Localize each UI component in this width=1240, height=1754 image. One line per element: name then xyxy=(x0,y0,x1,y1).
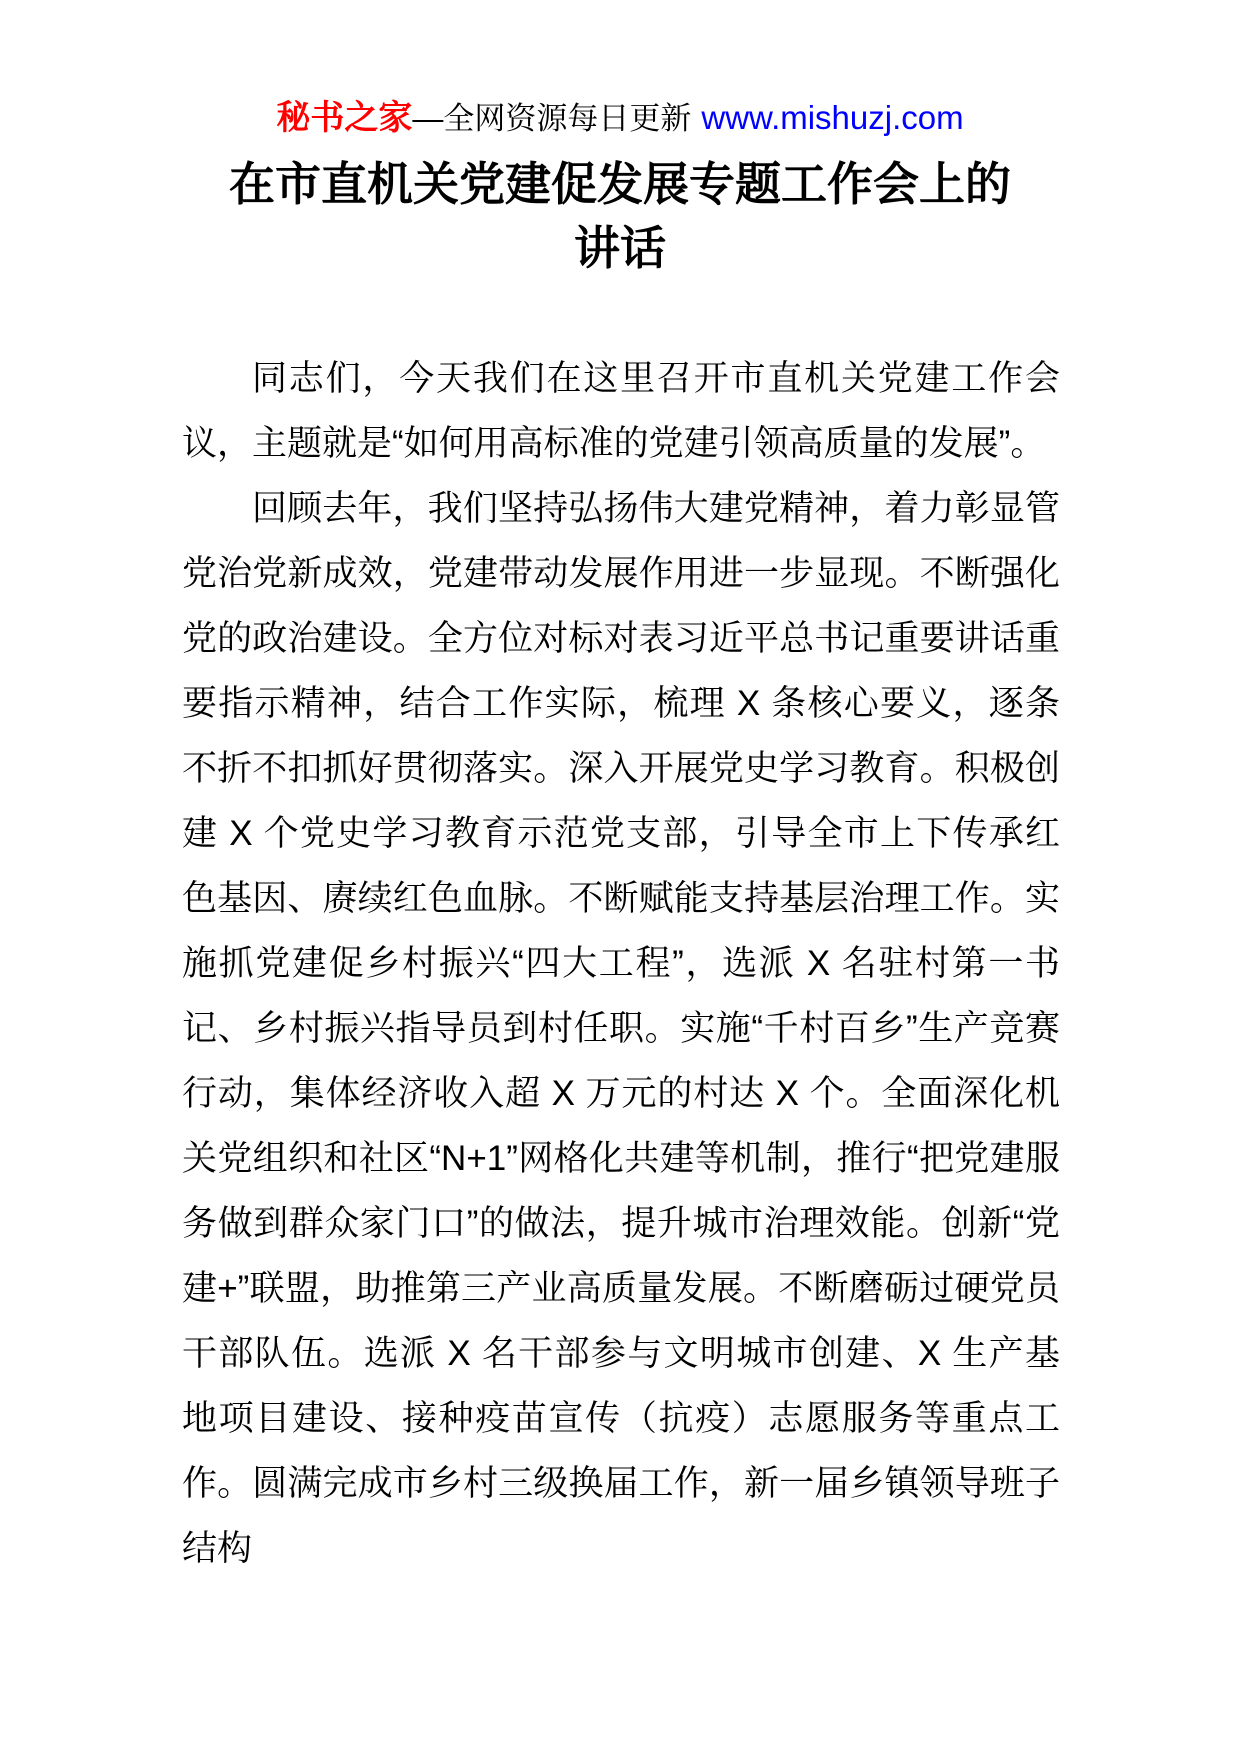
paragraph-2: 回顾去年，我们坚持弘扬伟大建党精神，着力彰显管党治党新成效，党建带动发展作用进一… xyxy=(182,476,1060,1581)
title-line-1: 在市直机关党建促发展专题工作会上的 xyxy=(0,152,1240,216)
title-line-2: 讲话 xyxy=(0,216,1240,280)
paragraph-1: 同志们，今天我们在这里召开市直机关党建工作会议，主题就是“如何用高标准的党建引领… xyxy=(182,346,1060,476)
document-body: 同志们，今天我们在这里召开市直机关党建工作会议，主题就是“如何用高标准的党建引领… xyxy=(182,346,1060,1581)
header-tagline: —全网资源每日更新 xyxy=(412,101,691,136)
document-title: 在市直机关党建促发展专题工作会上的 讲话 xyxy=(0,152,1240,280)
site-url-link[interactable]: www.mishuzj.com xyxy=(701,99,963,136)
site-brand: 秘书之家 xyxy=(276,99,412,137)
document-page: 秘书之家—全网资源每日更新www.mishuzj.com 在市直机关党建促发展专… xyxy=(0,0,1240,1754)
site-header: 秘书之家—全网资源每日更新www.mishuzj.com xyxy=(0,98,1240,145)
